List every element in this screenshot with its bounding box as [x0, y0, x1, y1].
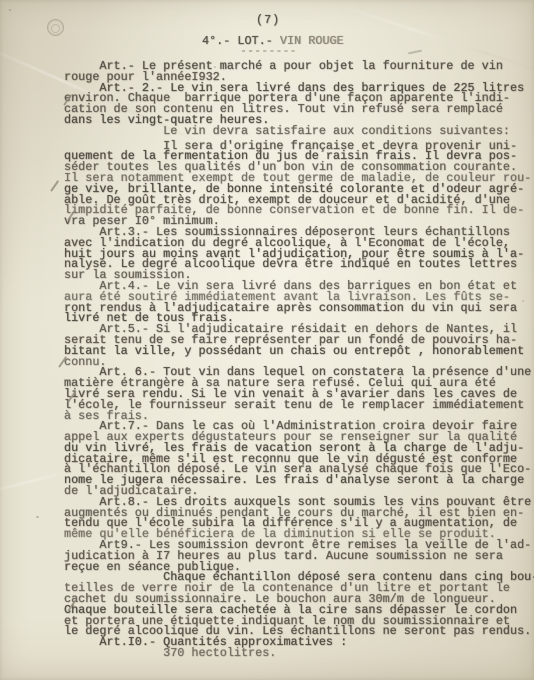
text-line: matière étrangère à sa nature sera refus… — [64, 378, 534, 389]
text-line: 370 hectolitres. — [64, 648, 534, 659]
text-line: Art.5.- Si l'adjudicataire résidait en d… — [64, 324, 534, 335]
text-line: Art9.- Les soumission devront être remis… — [64, 540, 534, 551]
body-text: Art.- Le présent marché a pour objet la … — [64, 61, 534, 659]
text-line: augmentés ou diminués pendant le cours d… — [64, 508, 534, 519]
embossed-seal-inner — [51, 24, 60, 33]
title-underline-dashes: -------- — [240, 44, 297, 58]
text-line: appel aux experts dégustateurs pour se r… — [64, 432, 534, 443]
text-line: connu. — [64, 357, 534, 368]
paper-speck — [522, 300, 524, 302]
text-line: Le vin devra satisfaire aux conditions s… — [64, 126, 534, 137]
pencil-dash-mark — [408, 50, 422, 55]
text-line: Il sera notamment exempt de tout germe d… — [64, 173, 534, 184]
text-line: aura été soutiré immédiatement avant la … — [64, 292, 534, 303]
text-line: cation de son contenu en litres. Tout vi… — [64, 104, 534, 115]
embossed-seal — [47, 19, 64, 36]
scanned-document-page: (7) 4°.- LOT.- VIN ROUGE -------- Art.- … — [0, 0, 534, 680]
pencil-check-mark — [50, 180, 59, 192]
text-line: cachet du soumissionnaire. Le bouchon au… — [64, 594, 534, 605]
paper-speck — [9, 9, 11, 11]
paper-speck — [214, 66, 216, 68]
paper-speck — [36, 516, 39, 518]
text-line: de l'adjudicataire. — [64, 486, 534, 497]
page-number: (7) — [256, 13, 280, 27]
text-line: à ses frais. — [64, 411, 534, 422]
text-line: bitant la ville, y possédant un chais ou… — [64, 346, 534, 357]
text-line: vra peser I0° minimum. — [64, 216, 534, 227]
